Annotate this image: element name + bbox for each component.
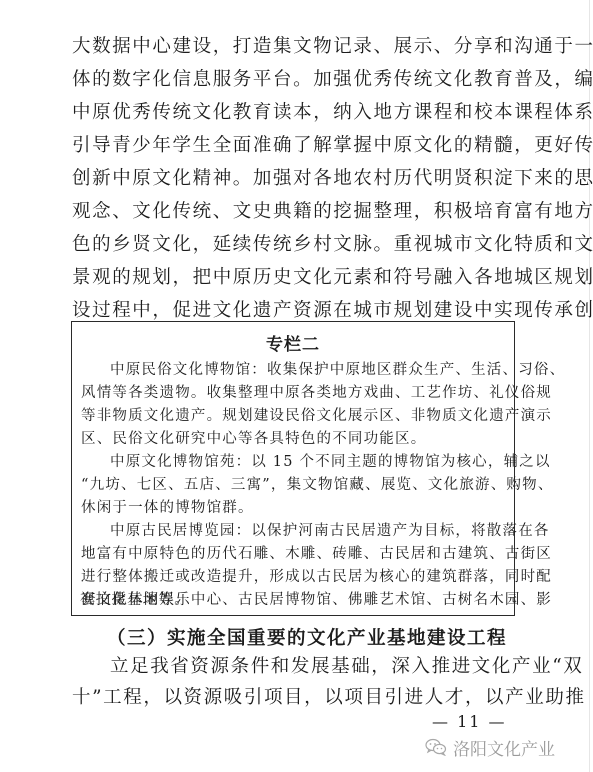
wechat-icon [425,738,447,756]
text-line: 观念、文化传统、文史典籍的挖掘整理，积极培育富有地方特 [72,201,524,225]
box-text-line: 进行整体搬迁或改造提升，形成以古民居为核心的建筑群落，同时配 [81,568,505,588]
text-line: 大数据中心建设，打造集文物记录、展示、分享和沟通于一 [72,36,524,60]
box-text-line: 风情等各类遗物。收集整理中原各类地方戏曲、工艺作坊、礼仪俗规 [81,384,505,404]
text-line: 景观的规划，把中原历史文化元素和符号融入各地城区规划建 [72,267,524,291]
box-text-line: 中原民俗文化博物馆：收集保护中原地区群众生产、生活、习俗、 [110,361,505,381]
box-text-line: 地富有中原特色的历代石雕、木雕、砖雕、古民居和古建筑、古街区 [81,545,505,565]
box-text-line: “九坊、七区、五店、三寓”，集文物馆藏、展览、文化旅游、购物、 [81,476,505,496]
box-text-line: 休闲于一体的博物馆群。 [81,499,505,519]
watermark-text: 洛阳文化产业 [453,735,555,760]
text-line: 十”工程，以资源吸引项目，以项目引进人才，以产业助推 [72,687,524,711]
section-heading: （三）实施全国重要的文化产业基地建设工程 [107,624,507,650]
text-line: 引导青少年学生全面准确了解掌握中原文化的精髓，更好传承 [72,135,524,159]
text-line: 体的数字化信息服务平台。加强优秀传统文化教育普及，编写 [72,69,524,93]
box-text-line: 等非物质文化遗产。规划建设民俗文化展示区、非物质文化遗产演示 [81,407,505,427]
wechat-watermark: 洛阳文化产业 [425,735,555,759]
box-text-line: 区、民俗文化研究中心等各具特色的不同功能区。 [81,430,505,450]
sidebar-box-zhuanlan: 专栏二 中原民俗文化博物馆：收集保护中原地区群众生产、生活、习俗、 风情等各类遗… [71,321,515,616]
box-text-line: 中原文化博物馆苑：以 15 个不同主题的博物馆为核心，辅之以 [110,453,505,473]
box-text-line: 视拍摄基地等。 [80,591,504,611]
page-number: — 11 — [432,712,507,731]
text-line: 中原优秀传统文化教育读本，纳入地方课程和校本课程体系， [72,102,524,126]
sidebar-box-title: 专栏二 [72,330,514,355]
text-line: 色的乡贤文化，延续传统乡村文脉。重视城市文化特质和文化 [72,234,524,258]
text-line: 立足我省资源条件和发展基础，深入推进文化产业“双 [110,656,524,680]
text-line: 创新中原文化精神。加强对各地农村历代明贤积淀下来的思想 [72,168,524,192]
box-text-line: 中原古民居博览园：以保护河南古民居遗产为目标，将散落在各 [110,522,505,542]
